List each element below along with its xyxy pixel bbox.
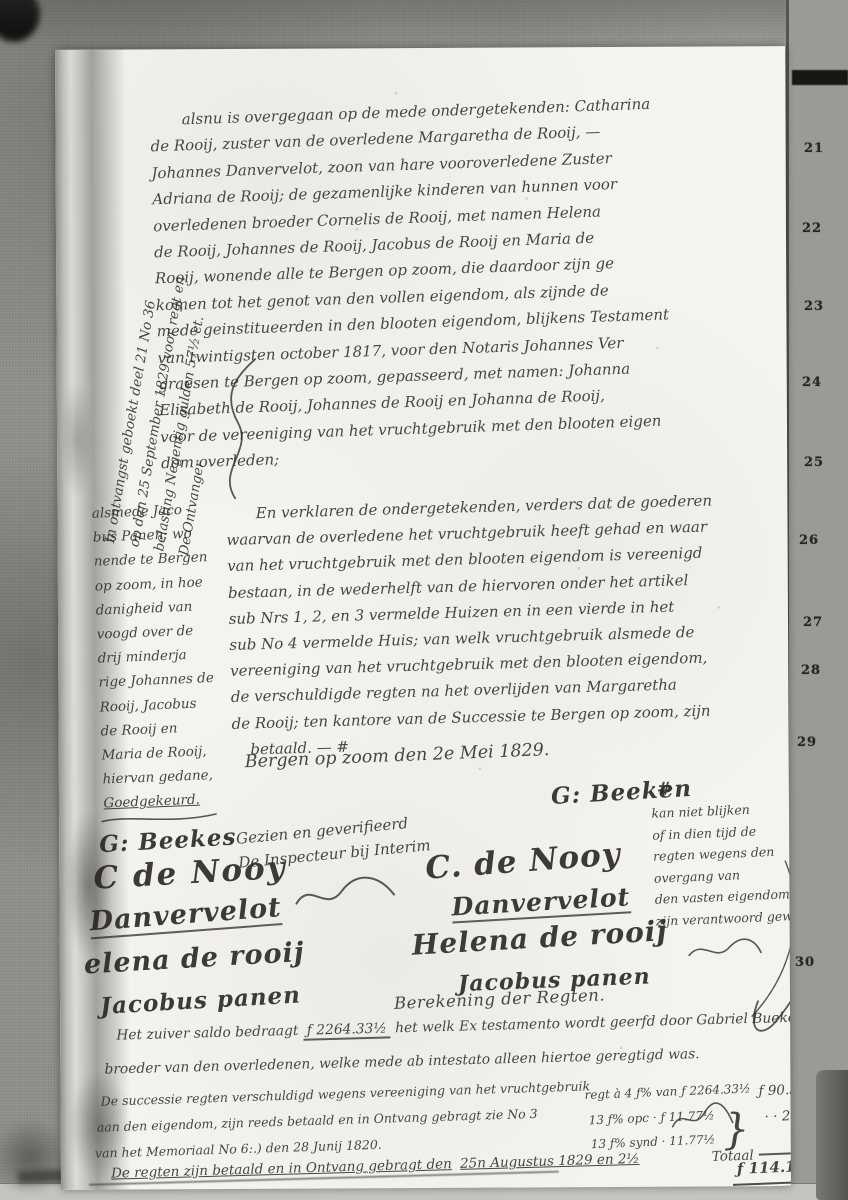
- signature-left-5: Jacobus panen: [99, 981, 301, 1020]
- body-paragraph-2: En verklaren de ondergetekenden, verders…: [225, 485, 791, 763]
- top-right-black-bar: [792, 70, 848, 85]
- ruler-number-26: 26: [799, 533, 819, 548]
- body-paragraph-1: alsnu is overgegaan op de mede ondergete…: [149, 86, 791, 477]
- total-double-rule: [733, 1180, 791, 1186]
- signature-left-4: elena de rooij: [83, 937, 305, 981]
- calculation-title: Berekening der Regten.: [394, 985, 606, 1012]
- bottom-right-torn-edge: [816, 1070, 848, 1200]
- right-ruler-strip: [786, 0, 848, 1200]
- ruler-number-22: 22: [802, 221, 822, 236]
- ruler-number-27: 27: [803, 615, 823, 630]
- calc-line-1-pre: Het zuiver saldo bedraagt: [116, 1023, 298, 1044]
- calc-paraph: [667, 1098, 737, 1138]
- guardian-margin-note: alsmede Jaco bus Panen; wo nende te Berg…: [91, 496, 244, 816]
- hash-marker: #: [657, 779, 672, 800]
- manuscript-page: In ontvangst geboekt deel 21 No 36 op de…: [55, 46, 791, 1190]
- calc-line-2: broeder van den overledenen, welke mede …: [104, 1046, 699, 1078]
- ruler-number-21: 21: [804, 141, 824, 156]
- scanned-document: 21 22 23 24 25 26 27 28 29 30 In ontvang…: [0, 0, 848, 1200]
- ruler-number-25: 25: [804, 455, 824, 470]
- side-note-paraph: [684, 930, 765, 967]
- calc-row-2-amount: · · 23.55: [764, 1107, 791, 1125]
- total-line-date: 25n Augustus 1829 en 2½: [456, 1151, 644, 1172]
- inspector-paraph: [288, 864, 402, 920]
- sum-rule: [759, 1150, 791, 1155]
- calc-row-3-left: van het Memoriaal No 6:.) den 28 Junij 1…: [95, 1137, 382, 1161]
- calc-row-1-amount: ƒ 90.57½: [758, 1081, 791, 1099]
- ruler-number-30: 30: [795, 955, 815, 970]
- top-edge-shadow: [0, 0, 848, 50]
- calc-row-1-left: De successie regten verschuldigd wegens …: [100, 1078, 590, 1108]
- net-balance-amount: ƒ 2264.33½: [303, 1020, 391, 1040]
- side-note: kan niet blijken of in dien tijd de regt…: [651, 797, 791, 932]
- calc-row-2-left: aan den eigendom, zijn reeds betaald en …: [97, 1106, 538, 1135]
- total-amount: ƒ 114.12½: [737, 1156, 791, 1177]
- ruler-number-23: 23: [804, 299, 824, 314]
- spine-blotch: [59, 380, 96, 500]
- signature-left-3: Danvervelot: [89, 892, 283, 939]
- ruler-number-29: 29: [797, 735, 817, 750]
- ink-specks: [55, 50, 57, 52]
- ruler-number-28: 28: [801, 663, 821, 678]
- ruler-number-24: 24: [802, 375, 822, 390]
- signature-right-3: Helena de rooij: [411, 914, 668, 962]
